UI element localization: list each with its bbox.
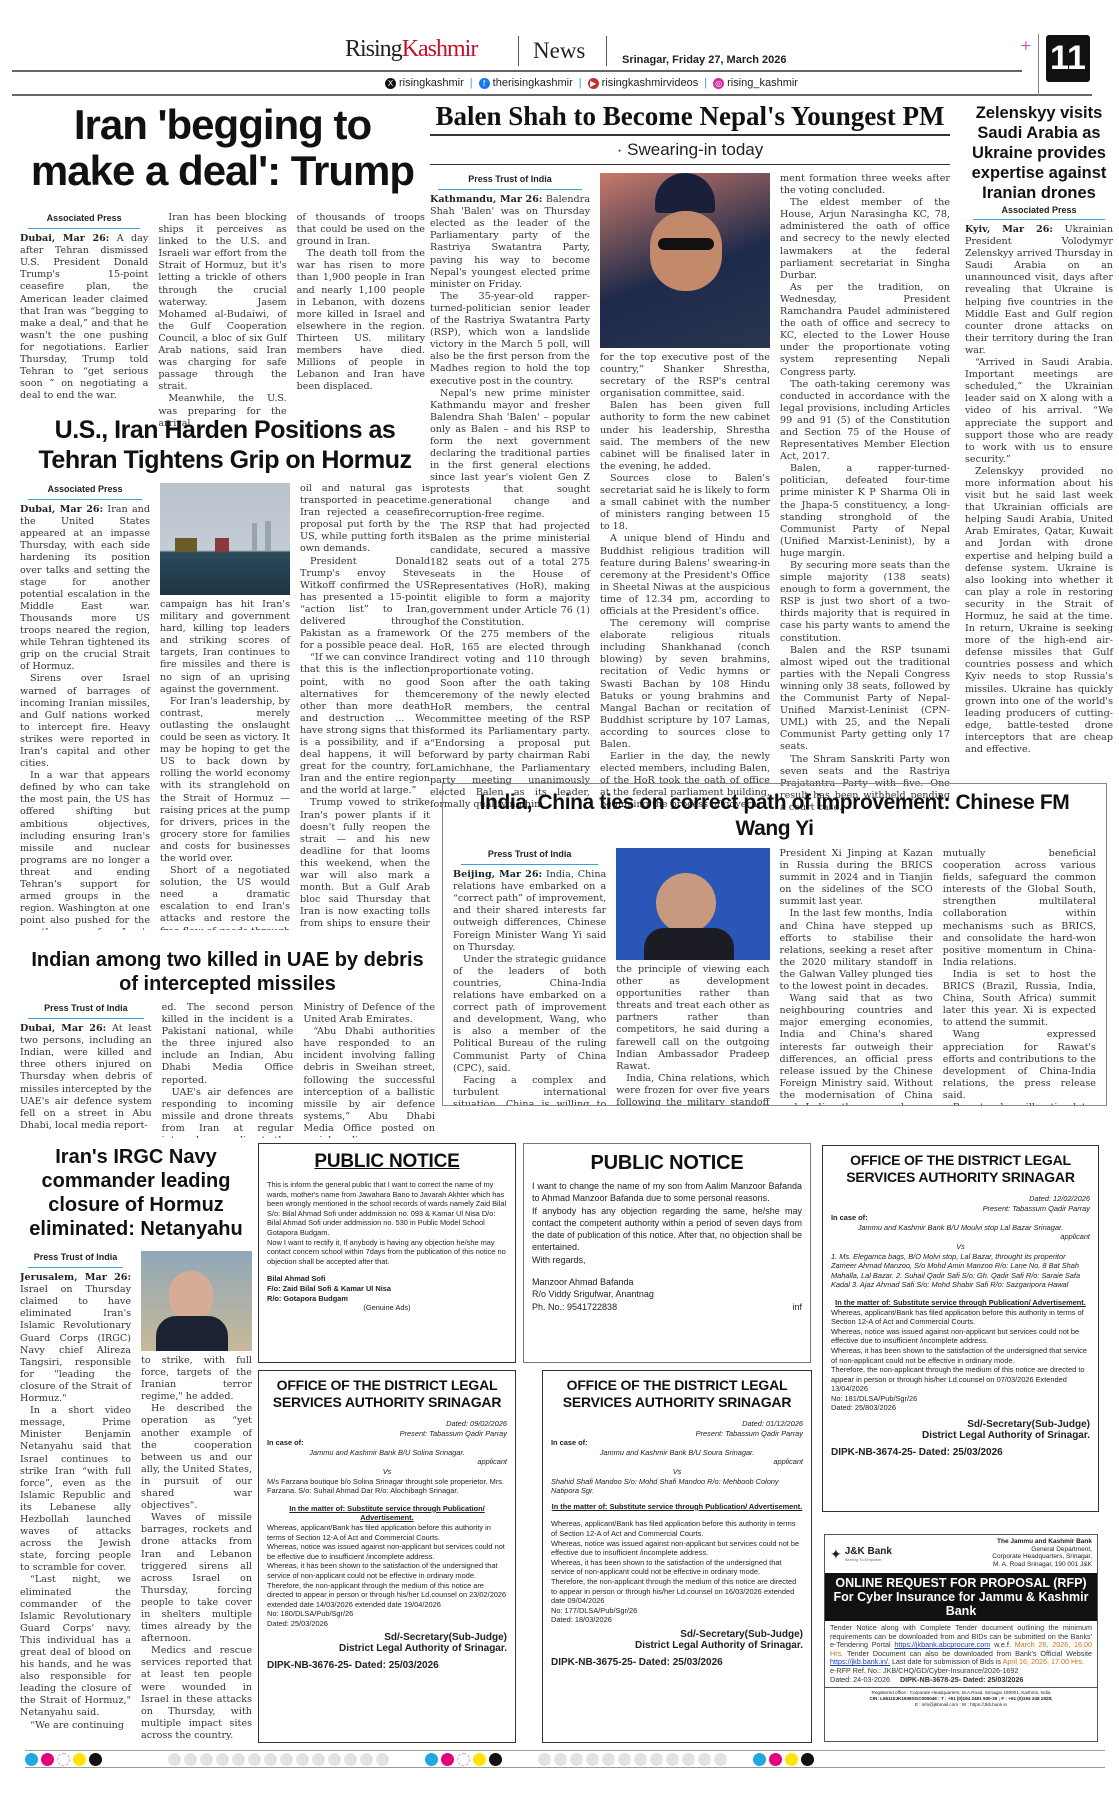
article-hormuz: U.S., Iran Harden Positions as Tehran Ti…	[20, 415, 430, 930]
agency-byline: Associated Press	[28, 212, 140, 229]
headline: Balen Shah to Become Nepal's Youngest PM	[430, 100, 950, 132]
dlsa-legal-notice: OFFICE OF THE DISTRICT LEGAL SERVICES AU…	[542, 1370, 812, 1743]
facebook-icon: f	[479, 78, 490, 89]
headline: Iran 'begging to make a deal': Trump	[20, 102, 425, 194]
notice-title: PUBLIC NOTICE	[267, 1150, 507, 1174]
subheadline: · Swearing-in today	[430, 138, 950, 162]
masthead-rule	[12, 70, 1022, 72]
agency-byline: Associated Press	[973, 205, 1105, 220]
netanyahu-photo	[141, 1251, 252, 1351]
social-x[interactable]: Xrisingkashmir	[385, 77, 464, 89]
public-notice-ad: PUBLIC NOTICE This is inform the general…	[258, 1143, 516, 1363]
headline: India, China ties on correct path of imp…	[453, 790, 1096, 842]
agency-byline: Press Trust of India	[461, 848, 598, 865]
registration-mark-icon: +	[1020, 38, 1032, 54]
dateline: Srinagar, Friday 27, March 2026	[622, 54, 786, 66]
print-color-bar	[25, 1750, 1105, 1768]
dipk-code: DIPK-NB-3674-25- Dated: 25/03/2026	[831, 1447, 1090, 1458]
divider	[518, 36, 519, 66]
social-handles: Xrisingkashmir | ftherisingkashmir | ▶ri…	[385, 77, 798, 89]
dlsa-legal-notice: OFFICE OF THE DISTRICT LEGAL SERVICES AU…	[258, 1370, 516, 1743]
agency-byline: Press Trust of India	[28, 1251, 123, 1268]
x-icon: X	[385, 78, 396, 89]
headline: Zelenskyy visits Saudi Arabia as Ukraine…	[965, 103, 1113, 203]
social-instagram[interactable]: ◎rising_kashmir	[713, 77, 798, 89]
masthead-rule	[12, 94, 1092, 96]
divider	[1038, 34, 1039, 96]
brand-logo: RisingKashmir	[345, 36, 477, 63]
article-wangyi: India, China ties on correct path of imp…	[442, 783, 1107, 1106]
notice-title: PUBLIC NOTICE	[532, 1150, 802, 1176]
article-uae: Indian among two killed in UAE by debris…	[20, 948, 435, 1138]
agency-byline: Press Trust of India	[28, 1002, 144, 1019]
article-trump: Iran 'begging to make a deal': Trump Ass…	[20, 102, 425, 430]
headline: Iran's IRGC Navy commander leading closu…	[20, 1145, 252, 1241]
masthead: RisingKashmir News Srinagar, Friday 27, …	[0, 0, 1119, 100]
social-youtube[interactable]: ▶risingkashmirvideos	[588, 77, 699, 89]
tanker-ships-photo	[160, 483, 290, 595]
article-balen: Balen Shah to Become Nepal's Youngest PM…	[430, 100, 950, 814]
dipk-code: DIPK-NB-3676-25- Dated: 25/03/2026	[267, 1660, 507, 1671]
jk-bank-logo: ✦ J&K BankServing To Empower	[830, 1538, 892, 1570]
headline: U.S., Iran Harden Positions as Tehran Ti…	[20, 415, 430, 475]
dipk-code: DIPK-NB-3675-25- Dated: 25/03/2026	[551, 1657, 803, 1668]
public-notice-ad: PUBLIC NOTICE I want to change the name …	[523, 1143, 811, 1363]
article-zelenskyy: Zelenskyy visits Saudi Arabia as Ukraine…	[965, 103, 1113, 756]
instagram-icon: ◎	[713, 78, 724, 89]
jk-bank-rfp-ad: ✦ J&K BankServing To Empower The Jammu a…	[824, 1534, 1098, 1742]
divider	[606, 36, 607, 66]
page-number: 11	[1046, 35, 1090, 82]
headline: Indian among two killed in UAE by debris…	[20, 948, 435, 996]
wang-yi-photo	[616, 848, 769, 960]
dlsa-legal-notice: OFFICE OF THE DISTRICT LEGAL SERVICES AU…	[822, 1145, 1099, 1512]
social-facebook[interactable]: ftherisingkashmir	[479, 77, 573, 89]
section-name: News	[533, 38, 585, 64]
agency-byline: Associated Press	[28, 483, 142, 500]
rfp-banner: ONLINE REQUEST FOR PROPOSAL (RFP) For Cy…	[825, 1573, 1097, 1621]
youtube-icon: ▶	[588, 78, 599, 89]
article-irgc: Iran's IRGC Navy commander leading closu…	[20, 1145, 252, 1750]
agency-byline: Press Trust of India	[438, 173, 582, 190]
balen-shah-photo	[600, 173, 770, 348]
jk-bank-logo-icon: ✦	[830, 1546, 842, 1563]
